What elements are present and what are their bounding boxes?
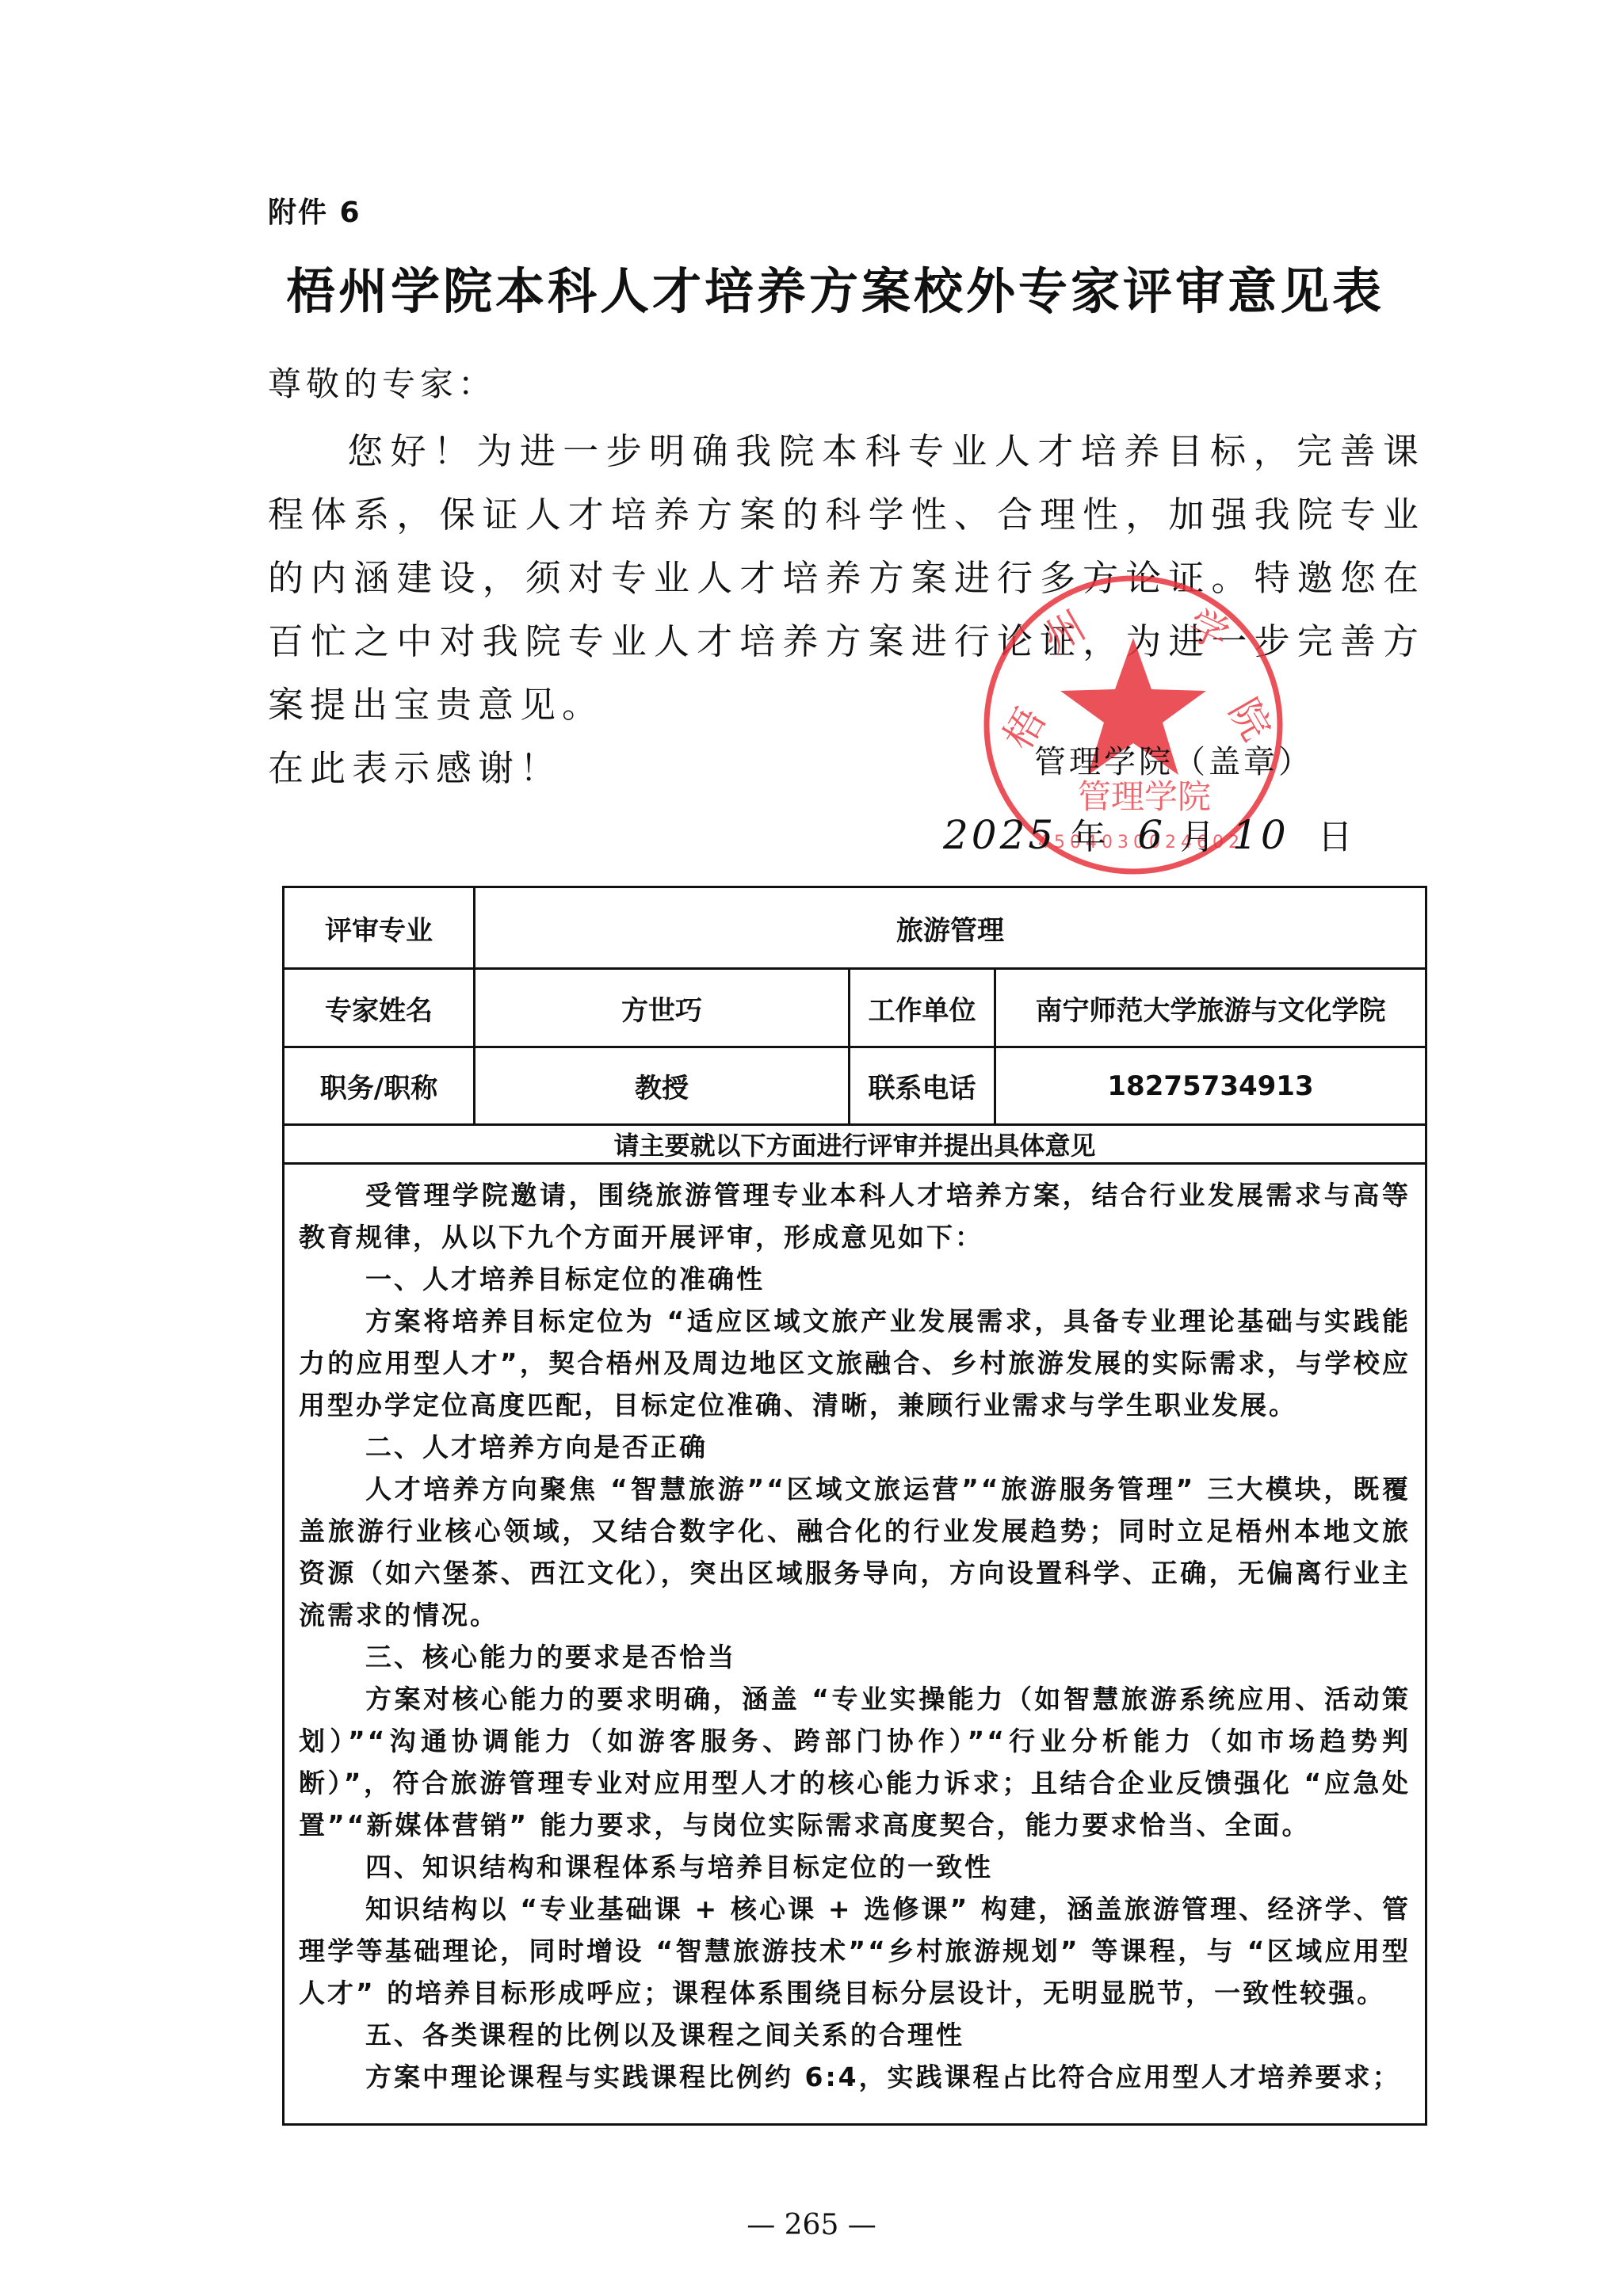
- section-text: 方案将培养目标定位为 “适应区域文旅产业发展需求，具备专业理论基础与实践能力的应…: [299, 1300, 1411, 1426]
- table-row: 评审专业 旅游管理: [284, 887, 1426, 969]
- phone-value: 18275734913: [995, 1047, 1426, 1125]
- date-day: 10: [1232, 812, 1289, 858]
- letter-body: 您好！为进一步明确我院本科专业人才培养目标，完善课程体系，保证人才培养方案的科学…: [268, 420, 1425, 737]
- review-intro: 受管理学院邀请，围绕旅游管理专业本科人才培养方案，结合行业发展需求与高等教育规律…: [299, 1174, 1411, 1258]
- major-value: 旅游管理: [475, 887, 1426, 969]
- section-heading: 二、人才培养方向是否正确: [299, 1426, 1411, 1468]
- major-label: 评审专业: [284, 887, 475, 969]
- section-heading: 一、人才培养目标定位的准确性: [299, 1258, 1411, 1300]
- review-opinion-body: 受管理学院邀请，围绕旅游管理专业本科人才培养方案，结合行业发展需求与高等教育规律…: [284, 1164, 1426, 2125]
- date-year-unit: 年: [1071, 817, 1109, 857]
- section-heading: 四、知识结构和课程体系与培养目标定位的一致性: [299, 1846, 1411, 1888]
- work-unit-label: 工作单位: [850, 969, 995, 1047]
- date-month-unit: 月: [1180, 817, 1218, 857]
- page-title: 梧州学院本科人才培养方案校外专家评审意见表: [0, 252, 1623, 322]
- expert-name-label: 专家姓名: [284, 969, 475, 1047]
- page-number: — 265 —: [0, 2209, 1623, 2241]
- section-heading: 五、各类课程的比例以及课程之间关系的合理性: [299, 2014, 1411, 2056]
- date-day-unit: 日: [1318, 817, 1356, 857]
- section-text: 方案对核心能力的要求明确，涵盖 “专业实操能力（如智慧旅游系统应用、活动策划）”…: [299, 1678, 1411, 1846]
- section-text: 方案中理论课程与实践课程比例约 6:4，实践课程占比符合应用型人才培养要求；: [299, 2056, 1411, 2098]
- salutation: 尊敬的专家：: [268, 358, 496, 406]
- date-year: 2025: [943, 812, 1056, 858]
- work-unit-value: 南宁师范大学旅游与文化学院: [995, 969, 1426, 1047]
- table-row: 受管理学院邀请，围绕旅游管理专业本科人才培养方案，结合行业发展需求与高等教育规律…: [284, 1164, 1426, 2125]
- date-month: 6: [1137, 812, 1166, 858]
- section-heading: 三、核心能力的要求是否恰当: [299, 1636, 1411, 1678]
- table-row: 职务/职称 教授 联系电话 18275734913: [284, 1047, 1426, 1125]
- instruction-header: 请主要就以下方面进行评审并提出具体意见: [284, 1125, 1426, 1164]
- phone-label: 联系电话: [850, 1047, 995, 1125]
- review-form-table: 评审专业 旅游管理 专家姓名 方世巧 工作单位 南宁师范大学旅游与文化学院 职务…: [282, 886, 1427, 2126]
- table-row: 专家姓名 方世巧 工作单位 南宁师范大学旅游与文化学院: [284, 969, 1426, 1047]
- table-row: 请主要就以下方面进行评审并提出具体意见: [284, 1125, 1426, 1164]
- expert-name-value: 方世巧: [475, 969, 850, 1047]
- section-text: 知识结构以 “专业基础课 + 核心课 + 选修课” 构建，涵盖旅游管理、经济学、…: [299, 1888, 1411, 2014]
- signature-date: 2025 年 6 月 10 日: [943, 808, 1356, 859]
- signature-org: 管理学院（盖章）: [1034, 737, 1313, 782]
- position-value: 教授: [475, 1047, 850, 1125]
- section-text: 人才培养方向聚焦 “智慧旅游”“区域文旅运营”“旅游服务管理” 三大模块，既覆盖…: [299, 1468, 1411, 1636]
- position-label: 职务/职称: [284, 1047, 475, 1125]
- attachment-label: 附件 6: [268, 190, 361, 231]
